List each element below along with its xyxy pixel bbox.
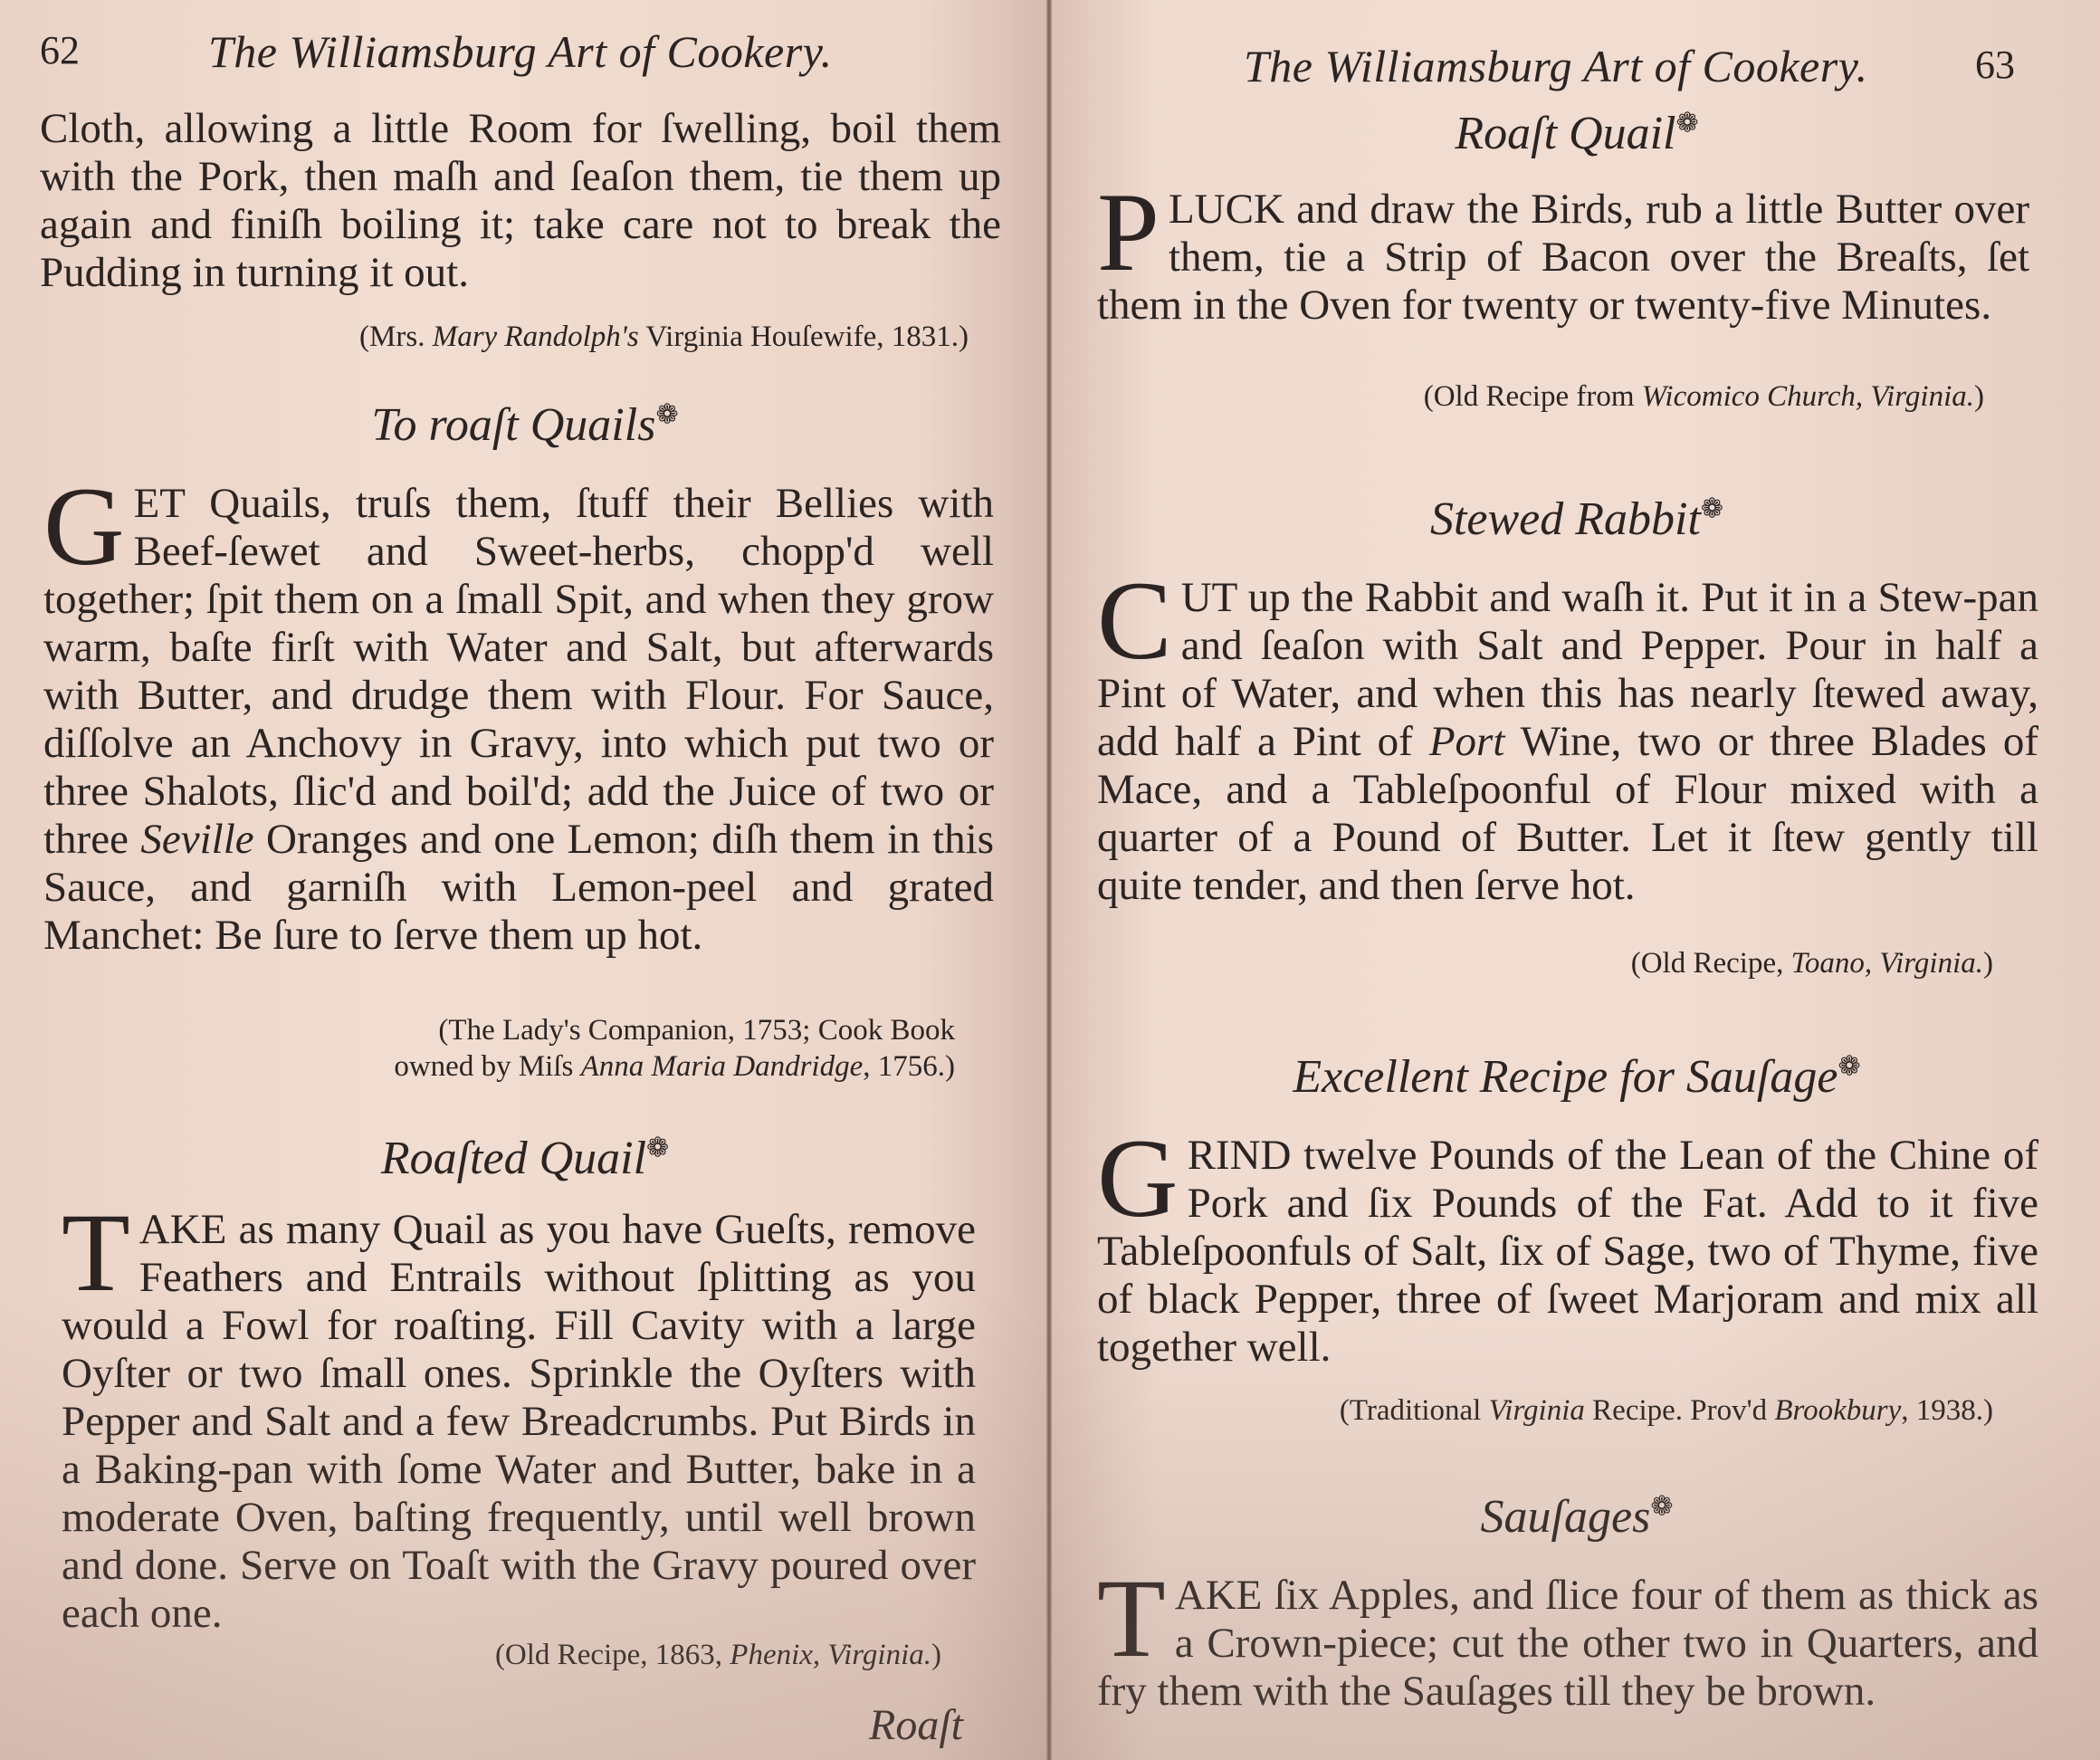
recipe-title-stewed-rabbit: Stewed Rabbit❁ (1233, 493, 1921, 546)
asterism-icon: ❁ (646, 1133, 669, 1163)
page-number-right: 63 (1975, 42, 2015, 88)
right-page: The Williamsburg Art of Cookery. 63 Roaſ… (1052, 0, 2100, 1760)
recipe-title-to-roast-quails: To roaſt Quails❁ (181, 398, 869, 452)
recipe-title-excellent-sausage: Excellent Recipe for Sauſage❁ (1188, 1050, 1966, 1104)
drop-cap: G (1097, 1135, 1179, 1222)
recipe-body-roast-quail: PLUCK and draw the Birds, rub a little B… (1097, 186, 2029, 330)
recipe-source-roast-quail: (Old Recipe from Wicomico Church, Virgin… (1351, 378, 1984, 415)
recipe-body-stewed-rabbit: CUT up the Rabbit and waſh it. Put it in… (1097, 574, 2038, 910)
drop-cap: G (43, 483, 125, 570)
running-title-right: The Williamsburg Art of Cookery. (1244, 40, 1868, 92)
recipe-title-roasted-quail: Roaſted Quail❁ (181, 1132, 869, 1185)
recipe-source-roasted-quail: (Old Recipe, 1863, Phenix, Virginia.) (389, 1637, 941, 1673)
left-page: 62 The Williamsburg Art of Cookery. Clot… (0, 0, 1048, 1760)
drop-cap: T (1097, 1575, 1166, 1662)
open-book-spread: 62 The Williamsburg Art of Cookery. Clot… (0, 0, 2100, 1760)
page-number-left: 62 (40, 27, 80, 73)
drop-cap: P (1097, 189, 1160, 276)
drop-cap: C (1097, 578, 1172, 665)
asterism-icon: ❁ (1675, 109, 1698, 139)
continuation-source: (Mrs. Mary Randolph's Virginia Houſewife… (181, 319, 969, 355)
running-title-left: The Williamsburg Art of Cookery. (208, 25, 833, 78)
recipe-title-sausages: Sauſages❁ (1233, 1490, 1921, 1544)
recipe-body-to-roast-quails: GET Quails, truſs them, ſtuff their Bell… (43, 480, 994, 960)
recipe-source-stewed-rabbit: (Old Recipe, Toano, Virginia.) (1504, 945, 1993, 981)
drop-cap: T (62, 1210, 130, 1296)
recipe-body-sausages: TAKE ſix Apples, and ſlice four of them … (1097, 1572, 2038, 1716)
recipe-source-to-roast-quails: (The Lady's Companion, 1753; Cook Book o… (272, 1012, 955, 1085)
asterism-icon: ❁ (1650, 1492, 1673, 1522)
continuation-paragraph: Cloth, allowing a little Room for ſwelli… (40, 105, 1001, 297)
recipe-title-roast-quail: Roaſt Quail❁ (1233, 107, 1921, 160)
continuation-text: Cloth, allowing a little Room for ſwelli… (40, 105, 1001, 297)
asterism-icon: ❁ (1701, 494, 1723, 524)
recipe-body-roasted-quail: TAKE as many Quail as you have Gueſts, r… (62, 1206, 976, 1638)
asterism-icon: ❁ (655, 400, 678, 430)
recipe-body-excellent-sausage: GRIND twelve Pounds of the Lean of the C… (1097, 1132, 2038, 1372)
recipe-source-excellent-sausage: (Traditional Virginia Recipe. Prov'd Bro… (1233, 1392, 1993, 1429)
catchword: Roaſt (869, 1700, 963, 1750)
asterism-icon: ❁ (1837, 1052, 1860, 1082)
